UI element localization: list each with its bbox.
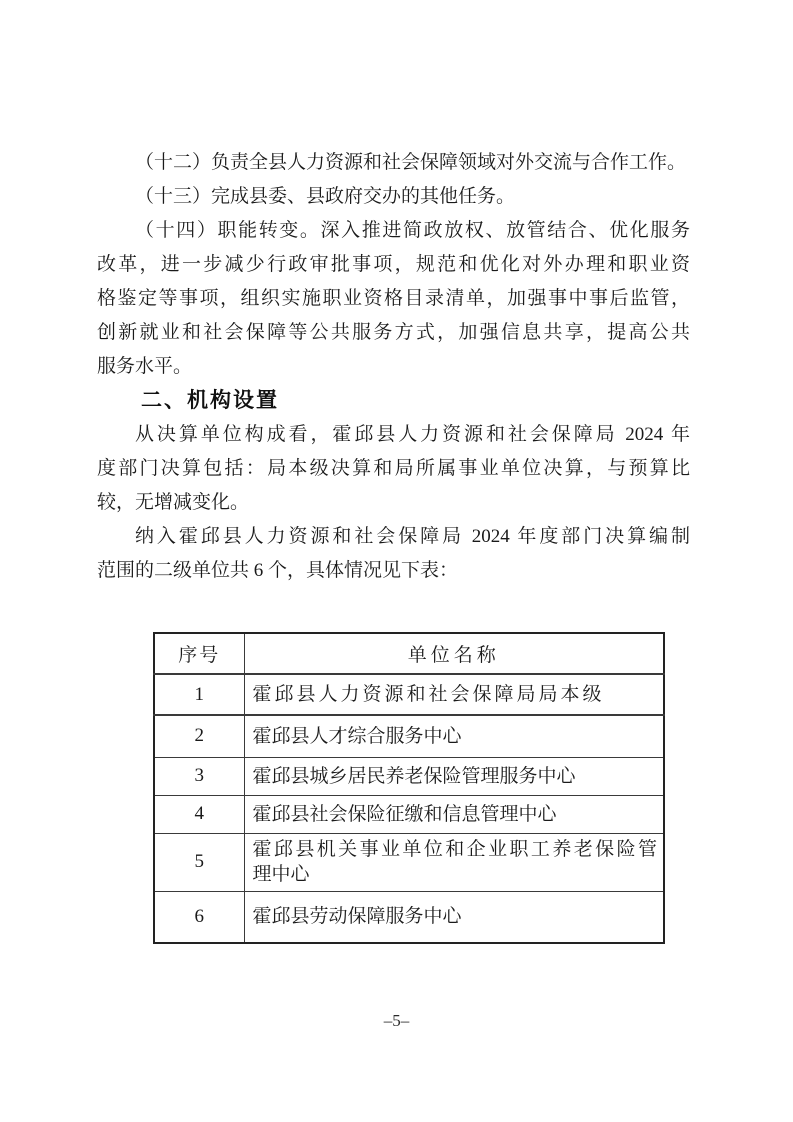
unit-name-cell: 霍邱县人才综合服务中心	[244, 715, 664, 757]
table-row: 2 霍邱县人才综合服务中心	[154, 715, 664, 757]
row-number-cell: 3	[154, 757, 244, 795]
paragraph-line: 范围的二级单位共 6 个，具体情况见下表：	[97, 554, 690, 588]
unit-name-cell: 霍邱县劳动保障服务中心	[244, 891, 664, 943]
paragraph-line: （十四）职能转变。深入推进简政放权、放管结合、优化服务	[97, 214, 690, 248]
table-header-row: 序号 单位名称	[154, 633, 664, 674]
table-row: 1 霍邱县人力资源和社会保障局局本级	[154, 674, 664, 715]
row-number-cell: 5	[154, 833, 244, 891]
paragraph-line: 创新就业和社会保障等公共服务方式，加强信息共享，提高公共	[97, 316, 690, 350]
paragraph-line: （十三）完成县委、县政府交办的其他任务。	[97, 180, 690, 214]
unit-name-cell: 霍邱县机关事业单位和企业职工养老保险管 理中心	[244, 833, 664, 891]
row-number-cell: 4	[154, 795, 244, 833]
table-row: 4 霍邱县社会保险征缴和信息管理中心	[154, 795, 664, 833]
paragraph-line: 改革，进一步减少行政审批事项，规范和优化对外办理和职业资	[97, 248, 690, 282]
unit-name-cell: 霍邱县城乡居民养老保险管理服务中心	[244, 757, 664, 795]
units-table: 序号 单位名称 1 霍邱县人力资源和社会保障局局本级 2 霍邱县人才综合服务中心	[153, 632, 665, 944]
page-number: –5–	[0, 1010, 793, 1032]
table-row: 3 霍邱县城乡居民养老保险管理服务中心	[154, 757, 664, 795]
paragraph-line: 从决算单位构成看，霍邱县人力资源和社会保障局 2024 年	[97, 418, 690, 452]
unit-name-cell: 霍邱县人力资源和社会保障局局本级	[244, 674, 664, 715]
table-row: 6 霍邱县劳动保障服务中心	[154, 891, 664, 943]
paragraph-line: 度部门决算包括：局本级决算和局所属事业单位决算，与预算比	[97, 452, 690, 486]
unit-name-cell: 霍邱县社会保险征缴和信息管理中心	[244, 795, 664, 833]
document-page: （十二）负责全县人力资源和社会保障领域对外交流与合作工作。 （十三）完成县委、县…	[0, 0, 793, 1122]
paragraph-line: 格鉴定等事项，组织实施职业资格目录清单，加强事中事后监管，	[97, 282, 690, 316]
section-heading: 二、机构设置	[97, 384, 690, 418]
paragraph-line: 纳入霍邱县人力资源和社会保障局 2024 年度部门决算编制	[97, 520, 690, 554]
row-number-cell: 2	[154, 715, 244, 757]
document-body: （十二）负责全县人力资源和社会保障领域对外交流与合作工作。 （十三）完成县委、县…	[97, 146, 690, 944]
column-header-index: 序号	[154, 633, 244, 674]
paragraph-line: 较，无增减变化。	[97, 486, 690, 520]
paragraph-line: 服务水平。	[97, 350, 690, 384]
paragraph-line: （十二）负责全县人力资源和社会保障领域对外交流与合作工作。	[97, 146, 690, 180]
column-header-unit-name: 单位名称	[244, 633, 664, 674]
table-row: 5 霍邱县机关事业单位和企业职工养老保险管 理中心	[154, 833, 664, 891]
units-table-container: 序号 单位名称 1 霍邱县人力资源和社会保障局局本级 2 霍邱县人才综合服务中心	[153, 632, 690, 944]
row-number-cell: 1	[154, 674, 244, 715]
row-number-cell: 6	[154, 891, 244, 943]
